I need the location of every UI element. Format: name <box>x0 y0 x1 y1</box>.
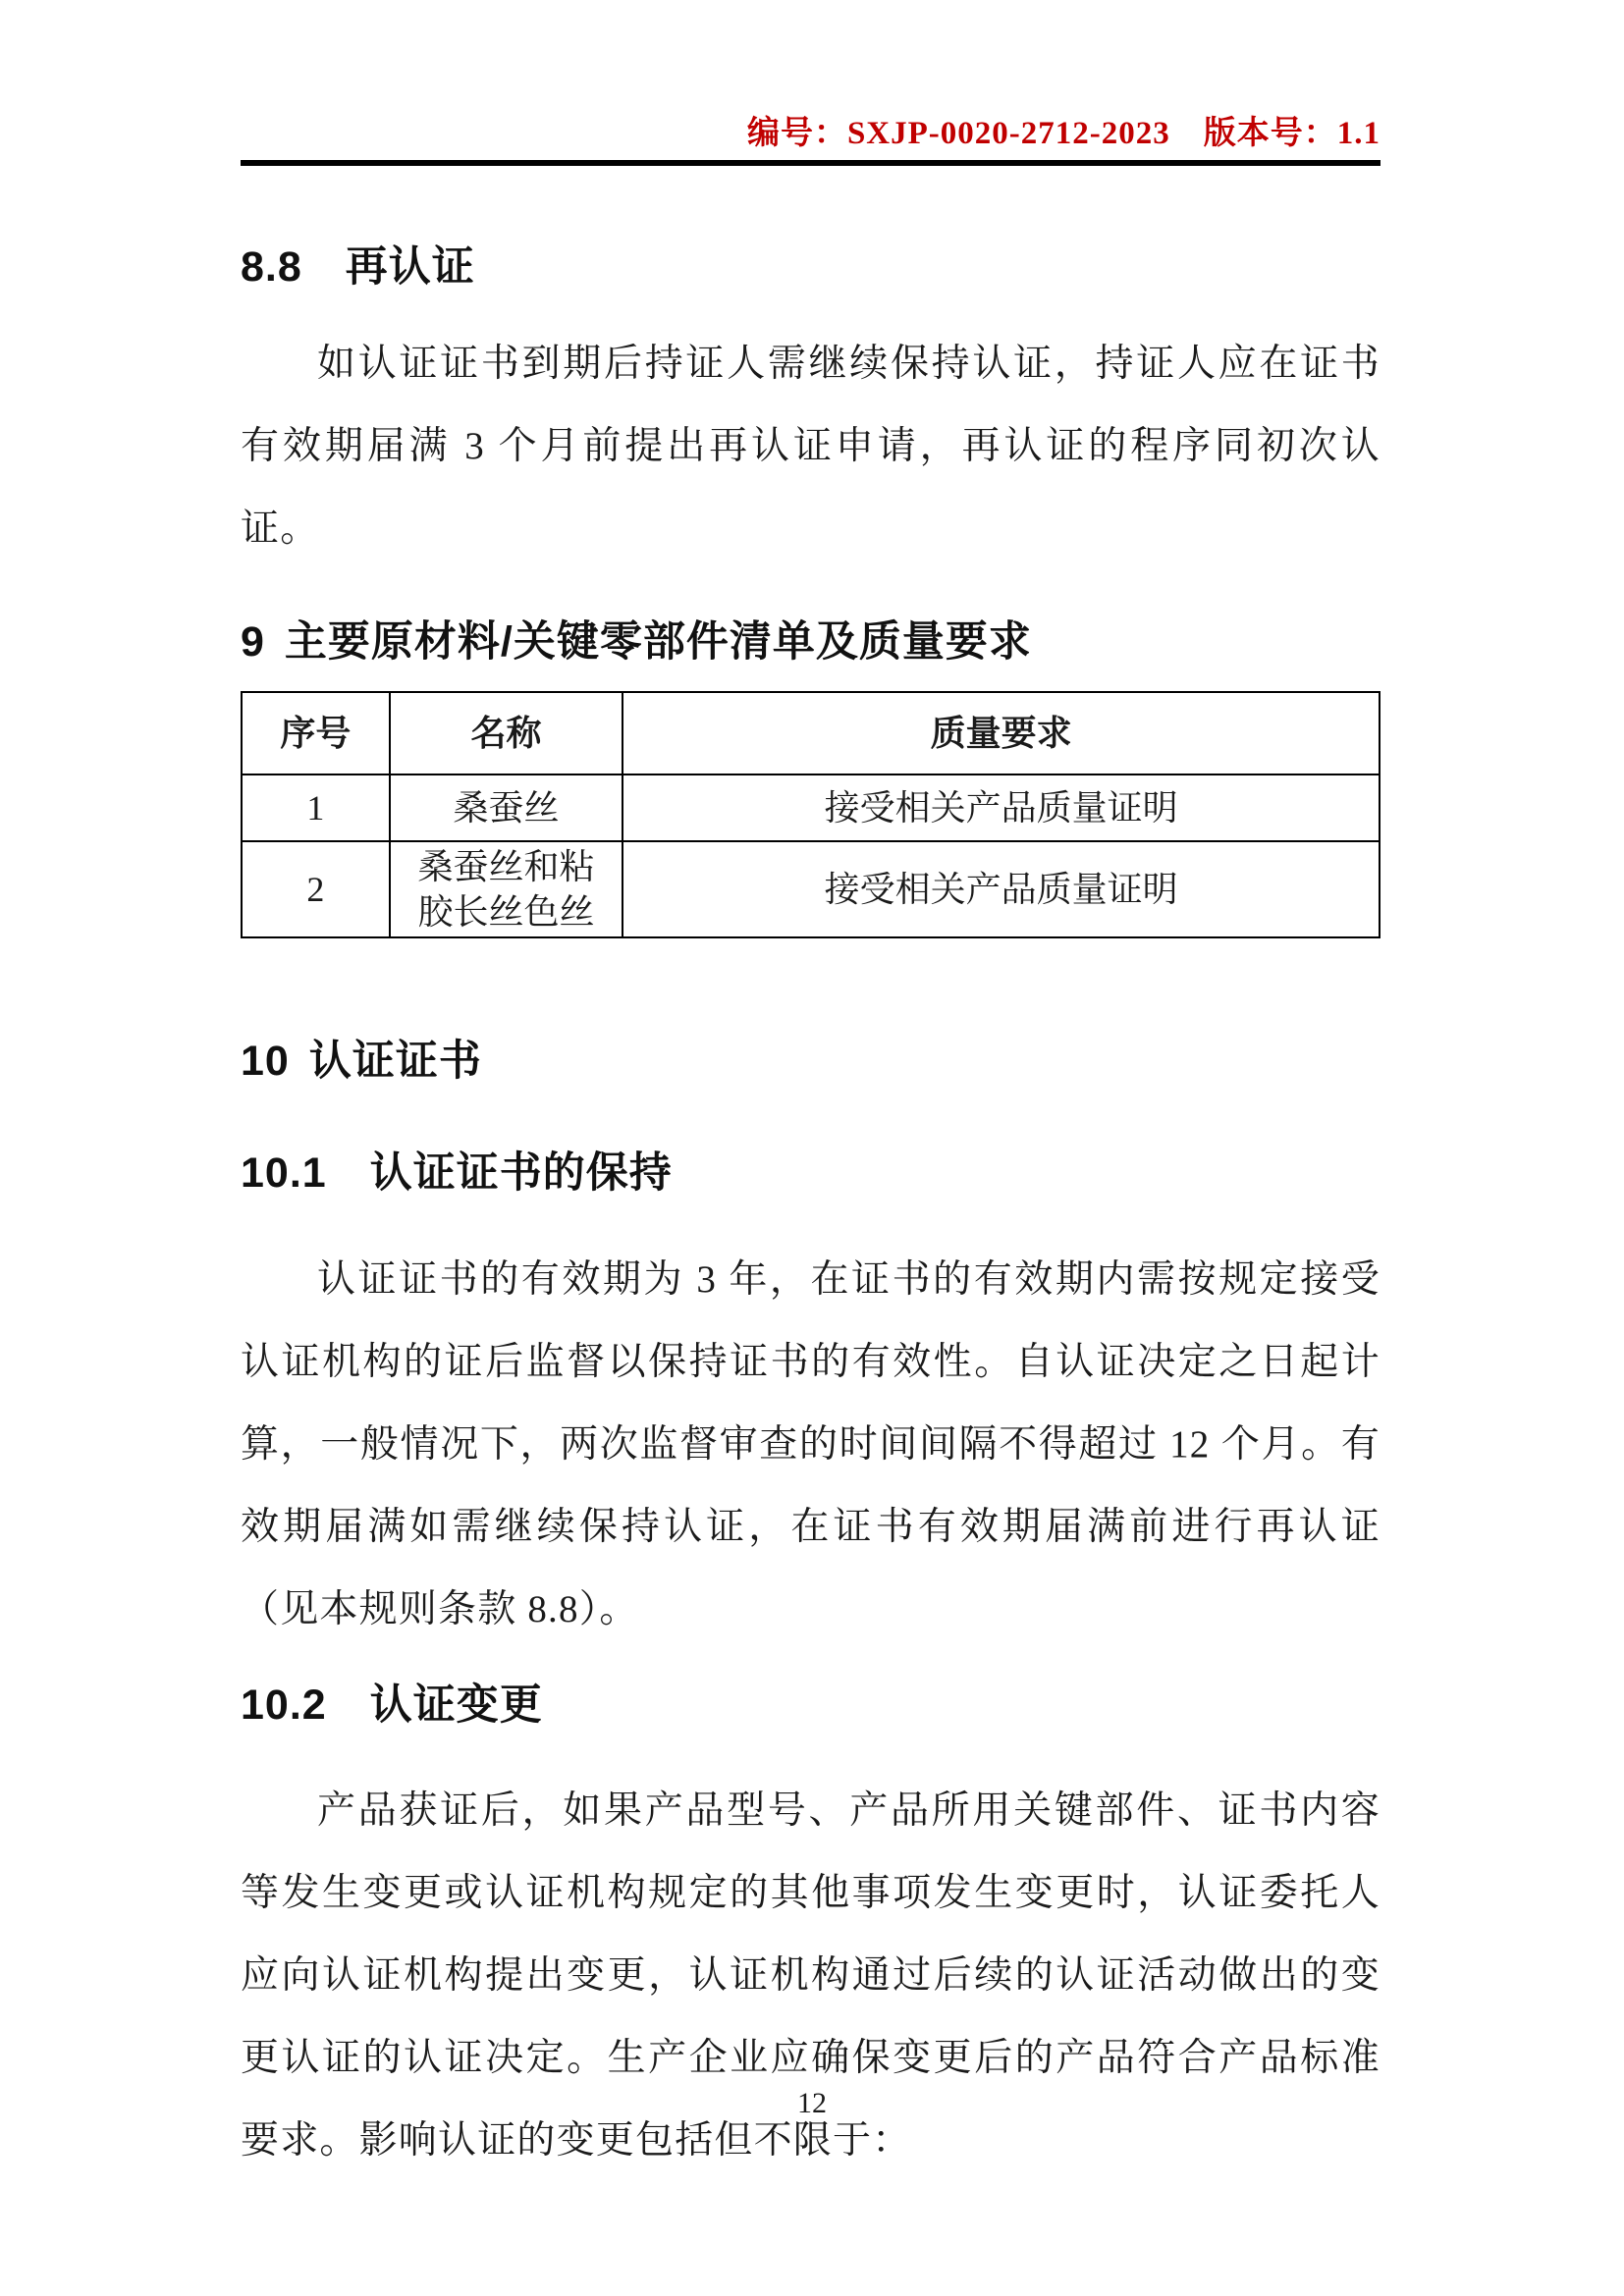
page-number: 12 <box>797 2087 827 2119</box>
section-8-8-heading: 8.8再认证 <box>241 242 1380 294</box>
page-header-text: 编号：SXJP-0020-2712-2023版本号：1.1 <box>0 0 1624 154</box>
column-header-quality: 质量要求 <box>623 692 1380 774</box>
column-header-index: 序号 <box>242 692 390 774</box>
section-10-heading: 10认证证书 <box>241 1037 1380 1088</box>
doc-number: 编号：SXJP-0020-2712-2023 <box>747 116 1170 151</box>
column-header-name: 名称 <box>390 692 623 774</box>
cell-quality: 接受相关产品质量证明 <box>623 774 1380 841</box>
section-10-2-paragraph: 产品获证后，如果产品型号、产品所用关键部件、证书内容等发生变更或认证机构规定的其… <box>241 1770 1380 2182</box>
section-8-8-paragraph: 如认证证书到期后持证人需继续保持认证，持证人应在证书有效期届满 3 个月前提出再… <box>241 323 1380 570</box>
materials-table-header: 序号 名称 质量要求 <box>242 692 1380 774</box>
section-9-title: 主要原材料/关键零部件清单及质量要求 <box>285 618 1032 666</box>
materials-table: 序号 名称 质量要求 1 桑蚕丝 接受相关产品质量证明 2 桑蚕丝和粘胶长丝色丝… <box>241 691 1380 938</box>
cell-name: 桑蚕丝和粘胶长丝色丝 <box>390 841 623 937</box>
table-row: 1 桑蚕丝 接受相关产品质量证明 <box>242 774 1380 841</box>
section-8-8-title: 再认证 <box>346 243 475 291</box>
cell-index: 2 <box>242 841 390 937</box>
document-page: 编号：SXJP-0020-2712-2023版本号：1.1 8.8再认证 如认证… <box>0 0 1624 2296</box>
page-content: 8.8再认证 如认证证书到期后持证人需继续保持认证，持证人应在证书有效期届满 3… <box>241 242 1380 2182</box>
section-9-heading: 9主要原材料/关键零部件清单及质量要求 <box>241 617 1380 668</box>
cell-quality: 接受相关产品质量证明 <box>623 841 1380 937</box>
section-10-2-title: 认证变更 <box>370 1682 543 1729</box>
cell-name: 桑蚕丝 <box>390 774 623 841</box>
section-8-8-number: 8.8 <box>241 243 302 291</box>
section-10-1-paragraph: 认证证书的有效期为 3 年，在证书的有效期内需按规定接受认证机构的证后监督以保持… <box>241 1239 1380 1651</box>
section-9-number: 9 <box>241 618 265 666</box>
section-10-1-number: 10.1 <box>241 1149 327 1197</box>
section-10-2-heading: 10.2认证变更 <box>241 1681 1380 1732</box>
section-10-number: 10 <box>241 1038 290 1085</box>
page-footer: 12 <box>0 2087 1624 2120</box>
section-10-1-heading: 10.1认证证书的保持 <box>241 1148 1380 1200</box>
section-10-title: 认证证书 <box>309 1038 482 1085</box>
header-rule <box>241 160 1380 166</box>
materials-table-body: 1 桑蚕丝 接受相关产品质量证明 2 桑蚕丝和粘胶长丝色丝 接受相关产品质量证明 <box>242 774 1380 937</box>
doc-version: 版本号：1.1 <box>1204 116 1380 151</box>
table-row: 2 桑蚕丝和粘胶长丝色丝 接受相关产品质量证明 <box>242 841 1380 937</box>
section-10-2-number: 10.2 <box>241 1682 327 1729</box>
cell-index: 1 <box>242 774 390 841</box>
table-header-row: 序号 名称 质量要求 <box>242 692 1380 774</box>
section-10-1-title: 认证证书的保持 <box>370 1149 673 1197</box>
